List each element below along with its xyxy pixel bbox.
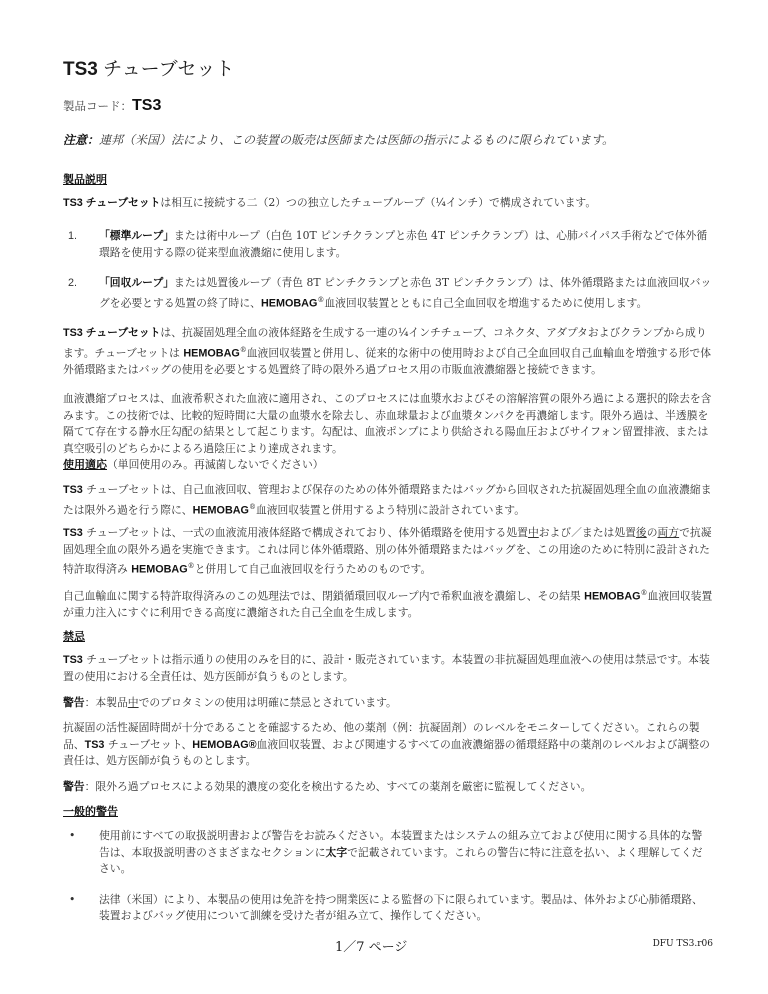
- warning-label: 警告: [63, 781, 85, 793]
- contraindications-para-2: 抗凝固の活性凝固時間が十分であることを確認するため、他の薬剤（例：抗凝固剤）のレ…: [63, 720, 713, 770]
- brand-name: HEMOBAG®: [192, 739, 256, 751]
- warning-text: ：限外ろ過プロセスによる効果的濃度の変化を検出するため、すべての薬剤を厳密に監視…: [85, 780, 592, 793]
- product-code-label: 製品コード：: [63, 99, 132, 113]
- underlined-text: 後: [636, 526, 647, 539]
- page-number: 1／7 ページ: [335, 936, 407, 955]
- item-text: 血液回収装置とともに自己全血回収を増進するために使用します。: [324, 296, 647, 309]
- general-warnings-list: •使用前にすべての取扱説明書および警告をお読みください。本装置またはシステムの組…: [63, 828, 713, 925]
- warning-text: ：本製品: [85, 696, 128, 709]
- warning-protamine: 警告：本製品中でのプロタミンの使用は明確に禁忌とされています。: [63, 695, 713, 712]
- item-text: 法律（米国）により、本製品の使用は免許を持つ開業医による監督の下に限られています…: [99, 893, 703, 923]
- item-text: または術中ループ（白色 10T ピンチクランプと赤色 4T ピンチクランプ）は、…: [99, 229, 707, 259]
- underlined-text: 両方: [658, 526, 680, 539]
- list-item: •法律（米国）により、本製品の使用は免許を持つ開業医による監督の下に限られていま…: [63, 892, 713, 925]
- list-item: 1.「標準ループ」または術中ループ（白色 10T ピンチクランプと赤色 4T ピ…: [63, 228, 713, 261]
- section-heading-general-warnings: 一般的警告: [63, 803, 713, 819]
- para-bold: TS3: [85, 739, 105, 751]
- item-bold: 太字: [326, 847, 348, 859]
- intro-text: は相互に接続する二（2）つの独立したチューブループ（¼インチ）で構成されています…: [160, 196, 596, 209]
- brand-name: HEMOBAG: [193, 504, 249, 516]
- brand-name: HEMOBAG: [183, 347, 239, 359]
- para-text: 自己血輸血に関する特許取得済みのこの処理法では、閉鎖循環回収ループ内で希釈血液を…: [63, 590, 584, 603]
- title-product: TS3: [63, 59, 98, 80]
- para-text: チューブセットは指示通りの使用のみを目的に、設計・販売されています。本装置の非抗…: [63, 653, 710, 683]
- warning-monitoring: 警告：限外ろ過プロセスによる効果的濃度の変化を検出するため、すべての薬剤を厳密に…: [63, 779, 713, 796]
- para-bold: TS3: [63, 484, 83, 496]
- para-text: と併用して自己血液回収を行うためのものです。: [195, 563, 432, 576]
- para-text: チューブセットは、一式の血液流用液体経路で構成されており、体外循環路を使用する処…: [83, 526, 528, 539]
- item-bold: 「回収ループ」: [99, 277, 174, 289]
- para-bold: TS3: [63, 527, 83, 539]
- item-bold: 「標準ループ」: [99, 230, 174, 242]
- description-para-2: TS3 チューブセットは、抗凝固処理全血の液体経路を生成する一連の¼インチチュー…: [63, 325, 713, 378]
- section-heading-contraindications: 禁忌: [63, 628, 713, 644]
- brand-name: HEMOBAG: [584, 591, 640, 603]
- indications-heading-line: 使用適応（単回使用のみ。再滅菌しないでください）: [63, 457, 713, 474]
- bullet-icon: •: [69, 828, 75, 845]
- document-id: DFU TS3.r06: [653, 939, 713, 949]
- section-heading-description: 製品説明: [63, 171, 713, 187]
- para-bold: TS3 チューブセット: [63, 327, 160, 339]
- list-item: 2.「回収ループ」または処置後ループ（青色 8T ピンチクランプと赤色 3T ピ…: [63, 275, 713, 312]
- description-para-3: 血液濃縮プロセスは、血液希釈された血液に適用され、このプロセスには血漿水およびそ…: [63, 391, 713, 457]
- para-text: の: [647, 526, 658, 539]
- brand-name: HEMOBAG: [131, 564, 187, 576]
- para-text: チューブセット、: [104, 738, 192, 751]
- caution-line: 注意：連邦（米国）法により、この装置の販売は医師または医師の指示によるものに限ら…: [63, 131, 614, 148]
- warning-label: 警告: [63, 697, 85, 709]
- para-bold: TS3: [63, 654, 83, 666]
- underlined-text: 中: [128, 696, 139, 709]
- caution-text: 連邦（米国）法により、この装置の販売は医師または医師の指示によるものに限られてい…: [99, 133, 614, 147]
- item-number: 2.: [68, 275, 77, 292]
- contraindications-para-1: TS3 チューブセットは指示通りの使用のみを目的に、設計・販売されています。本装…: [63, 652, 713, 685]
- caution-label: 注意：: [63, 133, 99, 147]
- indications-para-1: TS3 チューブセットは、自己血液回収、管理および保存のための体外循環路またはバ…: [63, 482, 713, 519]
- page-title: TS3 チューブセット: [63, 54, 234, 81]
- product-code-line: 製品コード：TS3: [63, 97, 161, 115]
- description-intro: TS3 チューブセットは相互に接続する二（2）つの独立したチューブループ（¼イン…: [63, 195, 713, 212]
- warning-text: でのプロタミンの使用は明確に禁忌とされています。: [139, 696, 397, 709]
- underlined-text: 中: [528, 526, 539, 539]
- intro-bold: TS3 チューブセット: [63, 197, 160, 209]
- indications-para-2: TS3 チューブセットは、一式の血液流用液体経路で構成されており、体外循環路を使…: [63, 525, 713, 578]
- section-heading-indications: 使用適応: [63, 459, 107, 471]
- bullet-icon: •: [69, 892, 75, 909]
- para-text: および／または処置: [539, 526, 636, 539]
- para-text: 血液回収装置と併用するよう特別に設計されています。: [256, 503, 525, 516]
- loop-list: 1.「標準ループ」または術中ループ（白色 10T ピンチクランプと赤色 4T ピ…: [63, 228, 713, 312]
- list-item: •使用前にすべての取扱説明書および警告をお読みください。本装置またはシステムの組…: [63, 828, 713, 878]
- product-code-value: TS3: [132, 97, 161, 114]
- indications-note: （単回使用のみ。再滅菌しないでください）: [107, 458, 324, 471]
- indications-para-3: 自己血輸血に関する特許取得済みのこの処理法では、閉鎖循環回収ループ内で希釈血液を…: [63, 585, 713, 622]
- title-text: チューブセット: [98, 59, 235, 80]
- brand-name: HEMOBAG: [261, 297, 317, 309]
- item-number: 1.: [68, 228, 77, 245]
